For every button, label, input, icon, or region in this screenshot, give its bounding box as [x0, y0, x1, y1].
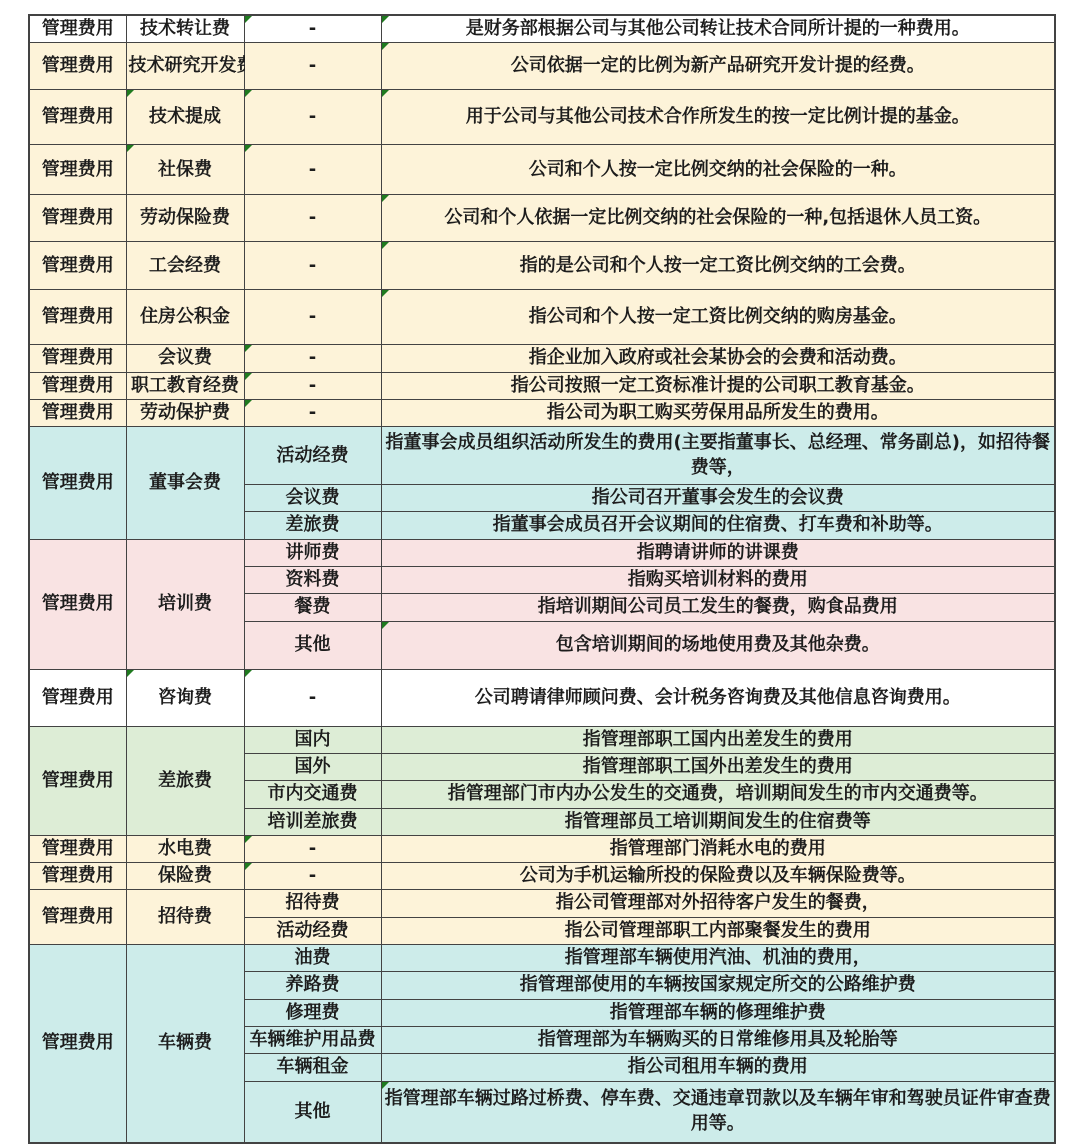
description-cell: 公司为手机运输所投的保险费以及车辆保险费等。: [381, 863, 1055, 890]
description-cell: 指公司为职工购买劳保用品所发生的费用。: [381, 399, 1055, 426]
category-cell: 管理费用: [29, 945, 126, 1143]
cell-error-indicator-icon: [127, 145, 134, 152]
description-cell-text: 公司为手机运输所投的保险费以及车辆保险费等。: [520, 865, 916, 886]
description-cell-text: 指购买培训材料的费用: [628, 569, 808, 590]
subcategory-cell-text: 会议费: [158, 347, 212, 368]
table-row: 管理费用社保费-公司和个人按一定比例交纳的社会保险的一种。: [29, 145, 1055, 195]
category-cell-text: 管理费用: [42, 255, 114, 276]
cell-error-indicator-icon: [245, 400, 252, 407]
item-cell-text: 资料费: [286, 569, 340, 590]
category-cell-text: 管理费用: [42, 55, 114, 76]
table-row: 管理费用水电费-指管理部门消耗水电的费用: [29, 835, 1055, 862]
category-cell: 管理费用: [29, 399, 126, 426]
item-cell-text: 修理费: [286, 1002, 340, 1023]
category-cell: 管理费用: [29, 15, 126, 43]
table-row: 管理费用劳动保险费-公司和个人依据一定比例交纳的社会保险的一种,包括退休人员工资…: [29, 195, 1055, 242]
subcategory-cell: 会议费: [126, 345, 244, 372]
item-cell-text: -: [309, 18, 316, 39]
item-cell-text: 车辆维护用品费: [250, 1029, 376, 1050]
description-cell-text: 指管理部职工国内出差发生的费用: [583, 729, 853, 750]
item-cell-text: -: [309, 687, 316, 708]
item-cell: 车辆租金: [244, 1054, 381, 1081]
category-cell: 管理费用: [29, 669, 126, 726]
subcategory-cell: 技术研究开发费: [126, 43, 244, 90]
description-cell-text: 指聘请讲师的讲课费: [637, 542, 799, 563]
description-cell: 指公司租用车辆的费用: [381, 1054, 1055, 1081]
item-cell: -: [244, 242, 381, 290]
category-cell: 管理费用: [29, 835, 126, 862]
item-cell-text: -: [309, 55, 316, 76]
subcategory-cell-text: 咨询费: [158, 687, 212, 708]
category-cell-text: 管理费用: [42, 207, 114, 228]
description-cell-text: 指管理部车辆过路过桥费、停车费、交通违章罚款以及车辆年审和驾驶员证件审查费用等。: [385, 1088, 1051, 1133]
cell-error-indicator-icon: [382, 242, 389, 249]
description-cell-text: 公司依据一定的比例为新产品研究开发计提的经费。: [511, 55, 925, 76]
category-cell: 管理费用: [29, 90, 126, 145]
description-cell: 公司聘请律师顾问费、会计税务咨询费及其他信息咨询费用。: [381, 669, 1055, 726]
category-cell-text: 管理费用: [42, 865, 114, 886]
cell-error-indicator-icon: [382, 290, 389, 297]
description-cell-text: 指公司管理部职工内部聚餐发生的费用: [565, 920, 871, 941]
item-cell: 油费: [244, 945, 381, 972]
table-row: 管理费用工会经费-指的是公司和个人按一定工资比例交纳的工会费。: [29, 242, 1055, 290]
description-cell: 指聘请讲师的讲课费: [381, 539, 1055, 566]
subcategory-cell: 差旅费: [126, 726, 244, 835]
item-cell-text: 油费: [295, 947, 331, 968]
subcategory-cell-text: 水电费: [158, 838, 212, 859]
item-cell-text: 活动经费: [277, 920, 349, 941]
table-row: 管理费用招待费招待费指公司管理部对外招待客户发生的餐费，: [29, 890, 1055, 917]
subcategory-cell: 保险费: [126, 863, 244, 890]
description-cell: 指管理部车辆使用汽油、机油的费用，: [381, 945, 1055, 972]
description-cell: 指管理部车辆的修理维护费: [381, 999, 1055, 1026]
table-row: 管理费用劳动保护费-指公司为职工购买劳保用品所发生的费用。: [29, 399, 1055, 426]
cell-error-indicator-icon: [382, 43, 389, 50]
description-cell-text: 指公司为职工购买劳保用品所发生的费用。: [547, 402, 889, 423]
cell-error-indicator-icon: [127, 90, 134, 97]
item-cell: 其他: [244, 1081, 381, 1143]
item-cell: -: [244, 43, 381, 90]
category-cell-text: 管理费用: [42, 306, 114, 327]
category-cell: 管理费用: [29, 427, 126, 540]
subcategory-cell-text: 技术研究开发费: [129, 55, 255, 76]
item-cell-text: -: [309, 306, 316, 327]
description-cell: 指董事会成员召开会议期间的住宿费、打车费和补助等。: [381, 512, 1055, 539]
cell-error-indicator-icon: [245, 670, 252, 677]
item-cell: 国外: [244, 753, 381, 780]
category-cell: 管理费用: [29, 372, 126, 399]
description-cell-text: 指公司租用车辆的费用: [628, 1056, 808, 1077]
description-cell: 公司和个人按一定比例交纳的社会保险的一种。: [381, 145, 1055, 195]
category-cell-text: 管理费用: [42, 18, 114, 39]
item-cell-text: -: [309, 207, 316, 228]
item-cell: 修理费: [244, 999, 381, 1026]
table-row: 管理费用培训费讲师费指聘请讲师的讲课费: [29, 539, 1055, 566]
category-cell: 管理费用: [29, 242, 126, 290]
subcategory-cell: 劳动保险费: [126, 195, 244, 242]
subcategory-cell: 技术提成: [126, 90, 244, 145]
category-cell: 管理费用: [29, 539, 126, 669]
expense-table: 管理费用技术转让费-是财务部根据公司与其他公司转让技术合同所计提的一种费用。管理…: [28, 14, 1056, 1144]
description-cell: 指企业加入政府或社会某协会的会费和活动费。: [381, 345, 1055, 372]
subcategory-cell-text: 保险费: [158, 865, 212, 886]
description-cell: 是财务部根据公司与其他公司转让技术合同所计提的一种费用。: [381, 15, 1055, 43]
table-row: 管理费用车辆费油费指管理部车辆使用汽油、机油的费用，: [29, 945, 1055, 972]
description-cell-text: 指企业加入政府或社会某协会的会费和活动费。: [529, 347, 907, 368]
item-cell: 招待费: [244, 890, 381, 917]
item-cell-text: 养路费: [286, 974, 340, 995]
item-cell: -: [244, 669, 381, 726]
table-row: 管理费用职工教育经费-指公司按照一定工资标准计提的公司职工教育基金。: [29, 372, 1055, 399]
category-cell: 管理费用: [29, 345, 126, 372]
subcategory-cell: 社保费: [126, 145, 244, 195]
description-cell: 指的是公司和个人按一定工资比例交纳的工会费。: [381, 242, 1055, 290]
subcategory-cell-text: 差旅费: [158, 770, 212, 791]
cell-error-indicator-icon: [382, 90, 389, 97]
description-cell: 指管理部员工培训期间发生的住宿费等: [381, 808, 1055, 835]
item-cell-text: -: [309, 159, 316, 180]
item-cell: -: [244, 863, 381, 890]
description-cell: 用于公司与其他公司技术合作所发生的按一定比例计提的基金。: [381, 90, 1055, 145]
subcategory-cell: 职工教育经费: [126, 372, 244, 399]
item-cell-text: 讲师费: [286, 542, 340, 563]
description-cell: 指董事会成员组织活动所发生的费用(主要指董事长、总经理、常务副总)，如招待餐费等…: [381, 427, 1055, 485]
subcategory-cell-text: 工会经费: [149, 255, 221, 276]
subcategory-cell: 招待费: [126, 890, 244, 945]
category-cell-text: 管理费用: [42, 593, 114, 614]
description-cell-text: 指管理部使用的车辆按国家规定所交的公路维护费: [520, 974, 916, 995]
subcategory-cell-text: 车辆费: [158, 1032, 212, 1053]
category-cell: 管理费用: [29, 145, 126, 195]
description-cell: 指管理部为车辆购买的日常维修用具及轮胎等: [381, 1026, 1055, 1053]
subcategory-cell-text: 职工教育经费: [131, 375, 239, 396]
subcategory-cell: 技术转让费: [126, 15, 244, 43]
subcategory-cell: 培训费: [126, 539, 244, 669]
category-cell: 管理费用: [29, 863, 126, 890]
table-row: 管理费用董事会费活动经费指董事会成员组织活动所发生的费用(主要指董事长、总经理、…: [29, 427, 1055, 485]
category-cell: 管理费用: [29, 290, 126, 345]
category-cell-text: 管理费用: [42, 375, 114, 396]
category-cell: 管理费用: [29, 726, 126, 835]
cell-error-indicator-icon: [245, 345, 252, 352]
subcategory-cell-text: 技术提成: [149, 106, 221, 127]
item-cell-text: 国外: [295, 756, 331, 777]
category-cell-text: 管理费用: [42, 1032, 114, 1053]
item-cell: -: [244, 399, 381, 426]
item-cell-text: 其他: [295, 634, 331, 655]
subcategory-cell-text: 培训费: [158, 593, 212, 614]
cell-error-indicator-icon: [245, 145, 252, 152]
description-cell: 指公司和个人按一定工资比例交纳的购房基金。: [381, 290, 1055, 345]
description-cell-text: 公司和个人依据一定比例交纳的社会保险的一种,包括退休人员工资。: [444, 207, 991, 228]
cell-error-indicator-icon: [245, 836, 252, 843]
item-cell: 车辆维护用品费: [244, 1026, 381, 1053]
table-row: 管理费用住房公积金-指公司和个人按一定工资比例交纳的购房基金。: [29, 290, 1055, 345]
subcategory-cell: 住房公积金: [126, 290, 244, 345]
item-cell: 资料费: [244, 567, 381, 594]
description-cell: 指公司按照一定工资标准计提的公司职工教育基金。: [381, 372, 1055, 399]
expense-table-body: 管理费用技术转让费-是财务部根据公司与其他公司转让技术合同所计提的一种费用。管理…: [29, 15, 1055, 1143]
item-cell: 讲师费: [244, 539, 381, 566]
description-cell: 指公司管理部对外招待客户发生的餐费，: [381, 890, 1055, 917]
subcategory-cell-text: 社保费: [158, 159, 212, 180]
description-cell-text: 指管理部员工培训期间发生的住宿费等: [565, 811, 871, 832]
description-cell-text: 公司和个人按一定比例交纳的社会保险的一种。: [529, 159, 907, 180]
subcategory-cell-text: 技术转让费: [140, 18, 230, 39]
category-cell-text: 管理费用: [42, 402, 114, 423]
description-cell: 公司和个人依据一定比例交纳的社会保险的一种,包括退休人员工资。: [381, 195, 1055, 242]
subcategory-cell-text: 劳动保险费: [140, 207, 230, 228]
description-cell: 包含培训期间的场地使用费及其他杂费。: [381, 621, 1055, 669]
item-cell: -: [244, 195, 381, 242]
category-cell: 管理费用: [29, 195, 126, 242]
cell-error-indicator-icon: [245, 863, 252, 870]
description-cell-text: 指管理部门市内办公发生的交通费，培训期间发生的市内交通费等。: [448, 783, 988, 804]
item-cell: 活动经费: [244, 427, 381, 485]
category-cell-text: 管理费用: [42, 838, 114, 859]
description-cell: 指管理部车辆过路过桥费、停车费、交通违章罚款以及车辆年审和驾驶员证件审查费用等。: [381, 1081, 1055, 1143]
description-cell: 指购买培训材料的费用: [381, 567, 1055, 594]
category-cell-text: 管理费用: [42, 687, 114, 708]
description-cell-text: 指公司管理部对外招待客户发生的餐费，: [556, 892, 880, 913]
item-cell: -: [244, 15, 381, 43]
table-row: 管理费用咨询费-公司聘请律师顾问费、会计税务咨询费及其他信息咨询费用。: [29, 669, 1055, 726]
description-cell: 指管理部职工国内出差发生的费用: [381, 726, 1055, 753]
description-cell: 指公司召开董事会发生的会议费: [381, 485, 1055, 512]
item-cell: 餐费: [244, 594, 381, 621]
item-cell: 培训差旅费: [244, 808, 381, 835]
table-row: 管理费用技术提成-用于公司与其他公司技术合作所发生的按一定比例计提的基金。: [29, 90, 1055, 145]
item-cell: -: [244, 835, 381, 862]
item-cell: 国内: [244, 726, 381, 753]
subcategory-cell-text: 招待费: [158, 906, 212, 927]
item-cell: 会议费: [244, 485, 381, 512]
item-cell: 活动经费: [244, 917, 381, 944]
table-row: 管理费用会议费-指企业加入政府或社会某协会的会费和活动费。: [29, 345, 1055, 372]
item-cell-text: -: [309, 347, 316, 368]
item-cell: -: [244, 90, 381, 145]
description-cell-text: 指董事会成员组织活动所发生的费用(主要指董事长、总经理、常务副总)，如招待餐费等…: [386, 432, 1050, 477]
table-row: 管理费用技术研究开发费-公司依据一定的比例为新产品研究开发计提的经费。: [29, 43, 1055, 90]
subcategory-cell: 水电费: [126, 835, 244, 862]
item-cell: 其他: [244, 621, 381, 669]
description-cell-text: 指管理部门消耗水电的费用: [610, 838, 826, 859]
description-cell-text: 指管理部职工国外出差发生的费用: [583, 756, 853, 777]
description-cell-text: 指公司和个人按一定工资比例交纳的购房基金。: [529, 306, 907, 327]
category-cell-text: 管理费用: [42, 106, 114, 127]
cell-error-indicator-icon: [245, 373, 252, 380]
cell-error-indicator-icon: [127, 670, 134, 677]
description-cell-text: 指公司按照一定工资标准计提的公司职工教育基金。: [511, 375, 925, 396]
cell-error-indicator-icon: [245, 90, 252, 97]
item-cell: -: [244, 372, 381, 399]
description-cell-text: 公司聘请律师顾问费、会计税务咨询费及其他信息咨询费用。: [475, 687, 961, 708]
category-cell-text: 管理费用: [42, 159, 114, 180]
expense-table-sheet: 管理费用技术转让费-是财务部根据公司与其他公司转让技术合同所计提的一种费用。管理…: [28, 14, 1056, 1144]
item-cell: -: [244, 345, 381, 372]
description-cell-text: 指培训期间公司员工发生的餐费，购食品费用: [538, 596, 898, 617]
description-cell: 指管理部使用的车辆按国家规定所交的公路维护费: [381, 972, 1055, 999]
description-cell: 公司依据一定的比例为新产品研究开发计提的经费。: [381, 43, 1055, 90]
item-cell-text: -: [309, 375, 316, 396]
category-cell: 管理费用: [29, 890, 126, 945]
item-cell-text: 活动经费: [277, 445, 349, 466]
cell-error-indicator-icon: [382, 16, 389, 23]
description-cell-text: 用于公司与其他公司技术合作所发生的按一定比例计提的基金。: [466, 106, 970, 127]
subcategory-cell-text: 劳动保护费: [140, 402, 230, 423]
subcategory-cell-text: 董事会费: [149, 472, 221, 493]
item-cell-text: 餐费: [295, 596, 331, 617]
description-cell-text: 指管理部为车辆购买的日常维修用具及轮胎等: [538, 1029, 898, 1050]
description-cell-text: 指的是公司和个人按一定工资比例交纳的工会费。: [520, 255, 916, 276]
category-cell-text: 管理费用: [42, 906, 114, 927]
subcategory-cell: 工会经费: [126, 242, 244, 290]
description-cell-text: 是财务部根据公司与其他公司转让技术合同所计提的一种费用。: [466, 18, 970, 39]
item-cell-text: 其他: [295, 1101, 331, 1122]
category-cell-text: 管理费用: [42, 347, 114, 368]
cell-error-indicator-icon: [245, 16, 252, 23]
item-cell: -: [244, 290, 381, 345]
item-cell-text: -: [309, 255, 316, 276]
item-cell-text: -: [309, 402, 316, 423]
category-cell-text: 管理费用: [42, 472, 114, 493]
item-cell: 差旅费: [244, 512, 381, 539]
description-cell: 指管理部门市内办公发生的交通费，培训期间发生的市内交通费等。: [381, 781, 1055, 808]
category-cell-text: 管理费用: [42, 770, 114, 791]
description-cell: 指管理部门消耗水电的费用: [381, 835, 1055, 862]
description-cell: 指管理部职工国外出差发生的费用: [381, 753, 1055, 780]
cell-error-indicator-icon: [382, 622, 389, 629]
description-cell-text: 指公司召开董事会发生的会议费: [592, 487, 844, 508]
item-cell-text: 会议费: [286, 487, 340, 508]
table-row: 管理费用保险费-公司为手机运输所投的保险费以及车辆保险费等。: [29, 863, 1055, 890]
description-cell-text: 指董事会成员召开会议期间的住宿费、打车费和补助等。: [493, 514, 943, 535]
subcategory-cell: 咨询费: [126, 669, 244, 726]
table-row: 管理费用技术转让费-是财务部根据公司与其他公司转让技术合同所计提的一种费用。: [29, 15, 1055, 43]
subcategory-cell: 车辆费: [126, 945, 244, 1143]
item-cell: -: [244, 145, 381, 195]
item-cell-text: 市内交通费: [268, 783, 358, 804]
item-cell-text: -: [309, 106, 316, 127]
category-cell: 管理费用: [29, 43, 126, 90]
description-cell: 指培训期间公司员工发生的餐费，购食品费用: [381, 594, 1055, 621]
item-cell-text: 培训差旅费: [268, 811, 358, 832]
item-cell: 市内交通费: [244, 781, 381, 808]
description-cell-text: 包含培训期间的场地使用费及其他杂费。: [556, 634, 880, 655]
subcategory-cell-text: 住房公积金: [140, 306, 230, 327]
item-cell-text: -: [309, 865, 316, 886]
table-row: 管理费用差旅费国内指管理部职工国内出差发生的费用: [29, 726, 1055, 753]
item-cell-text: 国内: [295, 729, 331, 750]
description-cell-text: 指管理部车辆使用汽油、机油的费用，: [565, 947, 871, 968]
description-cell-text: 指管理部车辆的修理维护费: [610, 1002, 826, 1023]
subcategory-cell: 劳动保护费: [126, 399, 244, 426]
subcategory-cell: 董事会费: [126, 427, 244, 540]
description-cell: 指公司管理部职工内部聚餐发生的费用: [381, 917, 1055, 944]
item-cell: 养路费: [244, 972, 381, 999]
cell-error-indicator-icon: [382, 195, 389, 202]
item-cell-text: 差旅费: [286, 514, 340, 535]
item-cell-text: 招待费: [286, 892, 340, 913]
item-cell-text: -: [309, 838, 316, 859]
item-cell-text: 车辆租金: [277, 1056, 349, 1077]
